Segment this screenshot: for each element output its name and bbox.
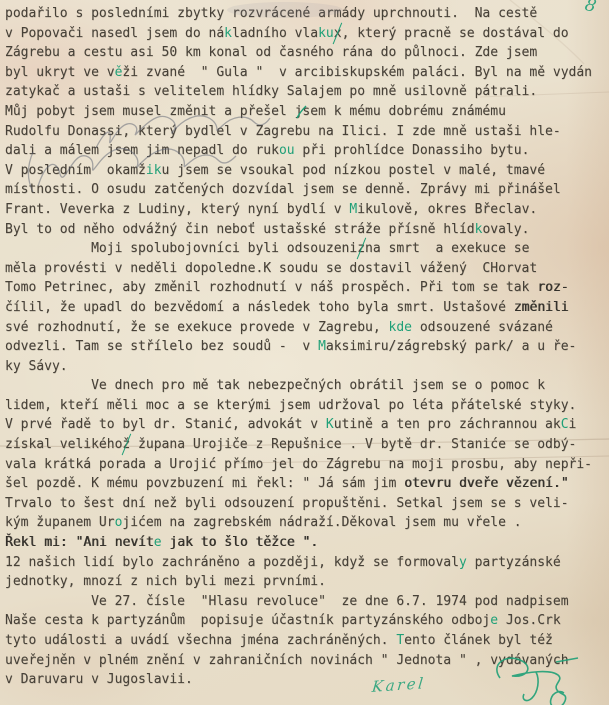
text-line: lidem, kteří měli moc a se kterými jsem … bbox=[5, 396, 609, 416]
text-line: Ve 27. čísle "Hlasu revoluce" ze dne 6.7… bbox=[5, 592, 609, 612]
text-line: šel pozdě. K mému povzbuzení mi řekl: " … bbox=[5, 474, 609, 494]
text-line: Můj pobyt jsem musel změnit a přešel jse… bbox=[5, 102, 609, 122]
text-line: Řekl mi: "Ani nevíte jak to šlo těžce ". bbox=[5, 533, 609, 553]
text-line: byl ukryt ve věži zvané " Gula " v arcib… bbox=[5, 63, 609, 83]
text-line: měla provésti v neděli dopoledne.K soudu… bbox=[5, 259, 609, 279]
text-line: v Popovači nasedl jsem do nákladního vla… bbox=[5, 24, 609, 44]
text-line: Rudolfu Donassi, který bydlel v Zagrebu … bbox=[5, 122, 609, 142]
text-line: čílil, že upadl do bezvědomí a následek … bbox=[5, 298, 609, 318]
text-line: Ve dnech pro mě tak nebezpečných obrátil… bbox=[5, 376, 609, 396]
typewritten-text-block: podařilo s posledními zbytky rozvrácené … bbox=[5, 4, 609, 690]
text-line: V prvé řadě to byl dr. Stanić, advokát v… bbox=[5, 415, 609, 435]
text-line: odvezli. Tam se střílelo bez soudů - v M… bbox=[5, 337, 609, 357]
text-line: Frant. Veverka z Ludiny, který nyní bydl… bbox=[5, 200, 609, 220]
text-line: ky Sávy. bbox=[5, 357, 609, 377]
aged-paper-page: podařilo s posledními zbytky rozvrácené … bbox=[0, 0, 609, 705]
text-line: podařilo s posledními zbytky rozvrácené … bbox=[5, 4, 609, 24]
text-line: Trvalo to šest dní než byli odsouzení pr… bbox=[5, 494, 609, 514]
text-line: dali a málem jsem jim nepadl do rukou př… bbox=[5, 141, 609, 161]
text-line: Zágrebu a cestu asi 50 km konal od časné… bbox=[5, 43, 609, 63]
text-line: kým županem Urojićem na zagrebském nádra… bbox=[5, 513, 609, 533]
handwritten-signature-first-name: Karel bbox=[371, 674, 426, 696]
text-line: v Daruvaru v Jugoslavii. bbox=[5, 670, 609, 690]
text-line: Tomo Petrinec, aby změnil rozhodnutí v n… bbox=[5, 278, 609, 298]
text-line: získal velikéhož župana Urojiče z Repušn… bbox=[5, 435, 609, 455]
text-line: zatykač a ustaši s velitelem hlídky Sala… bbox=[5, 82, 609, 102]
text-line: 12 našich lidí bylo zachráněno a později… bbox=[5, 553, 609, 573]
text-line: Moji spolubojovníci byli odsouzenizna sm… bbox=[5, 239, 609, 259]
text-line: Byl to od něho odvážný čin neboť ustašsk… bbox=[5, 220, 609, 240]
text-line: V posledním okamžiku jsem se vsoukal pod… bbox=[5, 161, 609, 181]
text-line: uveřejněn v plném znění v zahraničních n… bbox=[5, 651, 609, 671]
text-line: své rozhodnutí, že se exekuce provede v … bbox=[5, 318, 609, 338]
text-line: jednotky, mnozí z nich byli mezi prvními… bbox=[5, 572, 609, 592]
text-line: Naše cesta k partyzánům popisuje účastní… bbox=[5, 611, 609, 631]
text-line: tyto události a uvádí všechna jména zach… bbox=[5, 631, 609, 651]
text-line: místnosti. O osudu zatčených dozvídal js… bbox=[5, 180, 609, 200]
text-line: vala krátká porada a Urojić přímo jel do… bbox=[5, 455, 609, 475]
